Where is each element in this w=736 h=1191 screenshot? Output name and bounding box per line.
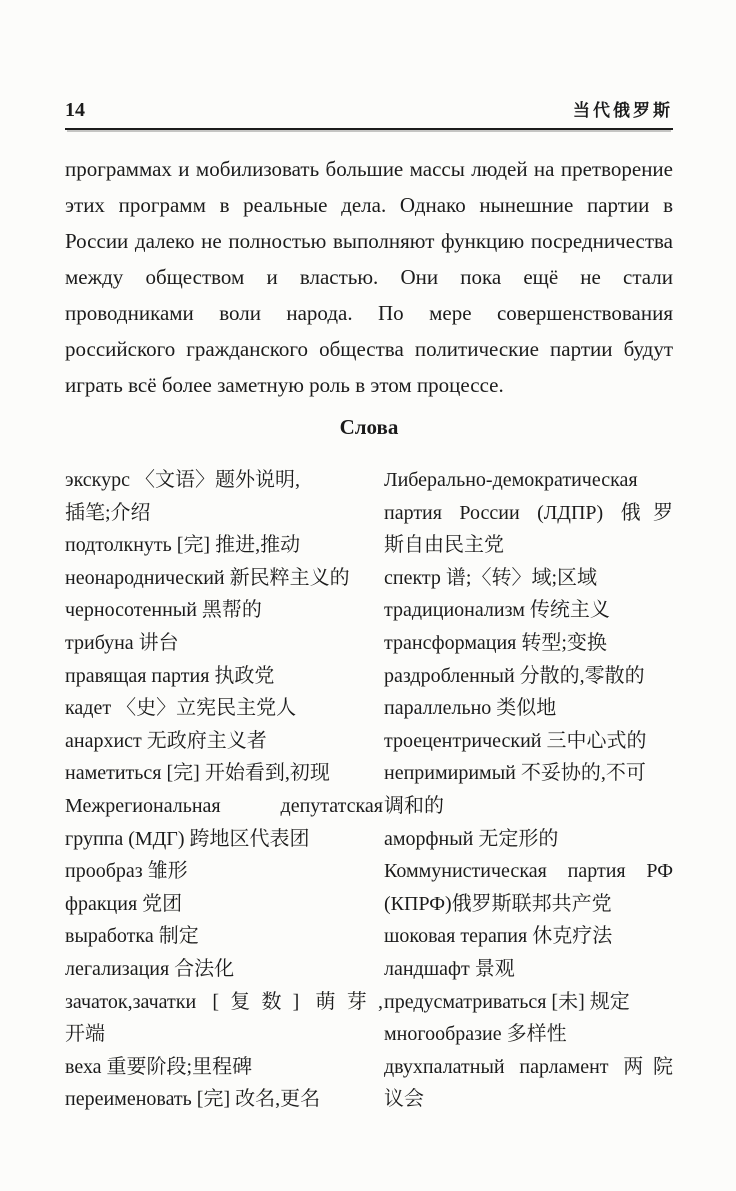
vocab-line: фракция 党团 (65, 888, 383, 921)
vocab-line: экскурс 〈文语〉题外说明, (65, 464, 383, 497)
vocab-line: многообразие 多样性 (384, 1018, 673, 1051)
section-heading: Слова (65, 415, 673, 439)
body-paragraph: программах и мобилизовать большие массы … (65, 151, 673, 403)
vocab-line: зачаток,зачатки [复数] 萌芽, (65, 986, 383, 1019)
vocab-line: ландшафт 景观 (384, 953, 673, 986)
paragraph-line: играть всё более заметную роль в этом пр… (65, 367, 673, 403)
vocab-line: спектр 谱;〈转〉域;区域 (384, 562, 673, 595)
vocab-line: прообраз 雏形 (65, 855, 383, 888)
paragraph-line: этих программ в реальные дела. Однако ны… (65, 187, 673, 223)
vocab-line: неонароднический 新民粹主义的 (65, 562, 383, 595)
vocab-line: (КПРФ)俄罗斯联邦共产党 (384, 888, 673, 921)
vocab-line: 插笔;介绍 (65, 497, 383, 530)
book-page: 14 当代俄罗斯 программах и мобилизовать больш… (0, 0, 736, 1191)
page-number: 14 (65, 100, 85, 120)
vocab-line: черносотенный 黑帮的 (65, 594, 383, 627)
vocab-line: 斯自由民主党 (384, 529, 673, 562)
vocab-column-right: Либерально-демократическая партия России… (384, 464, 673, 1116)
vocab-line: непримиримый 不妥协的,不可 (384, 757, 673, 790)
vocab-line: Либерально-демократическая (384, 464, 673, 497)
vocab-line: шоковая терапия 休克疗法 (384, 920, 673, 953)
vocab-line: правящая партия 执政党 (65, 660, 383, 693)
paragraph-line: программах и мобилизовать большие массы … (65, 151, 673, 187)
vocab-column-left: экскурс 〈文语〉题外说明, 插笔;介绍 подтолкнуть [完] … (65, 464, 383, 1116)
vocab-line: Коммунистическая партия РФ (384, 855, 673, 888)
vocab-line: 开端 (65, 1018, 383, 1051)
paragraph-line: российского гражданского общества полити… (65, 331, 673, 367)
vocab-line: трансформация 转型;变换 (384, 627, 673, 660)
paragraph-line: России далеко не полностью выполняют фун… (65, 223, 673, 259)
vocab-line: подтолкнуть [完] 推进,推动 (65, 529, 383, 562)
vocab-line: троецентрический 三中心式的 (384, 725, 673, 758)
vocab-line: Межрегиональная депутатская (65, 790, 383, 823)
vocab-line: выработка 制定 (65, 920, 383, 953)
vocab-line: наметиться [完] 开始看到,初现 (65, 757, 383, 790)
vocab-line: партия России (ЛДПР) 俄罗 (384, 497, 673, 530)
vocab-line: веха 重要阶段;里程碑 (65, 1051, 383, 1084)
paragraph-line: проводниками воли народа. По мере соверш… (65, 295, 673, 331)
paragraph-line: между обществом и властью. Они пока ещё … (65, 259, 673, 295)
vocab-line: группа (МДГ) 跨地区代表团 (65, 823, 383, 856)
vocab-line: анархист 无政府主义者 (65, 725, 383, 758)
vocab-line: кадет 〈史〉立宪民主党人 (65, 692, 383, 725)
vocab-line: двухпалатный парламент 两院 (384, 1051, 673, 1084)
vocab-line: 议会 (384, 1083, 673, 1116)
vocab-line: трибуна 讲台 (65, 627, 383, 660)
vocab-line: раздробленный 分散的,零散的 (384, 660, 673, 693)
running-title: 当代俄罗斯 (573, 103, 673, 120)
vocab-line: предусматриваться [未] 规定 (384, 986, 673, 1019)
page-header: 14 当代俄罗斯 (65, 100, 673, 130)
vocab-line: традиционализм 传统主义 (384, 594, 673, 627)
vocab-line: легализация 合法化 (65, 953, 383, 986)
vocab-line: аморфный 无定形的 (384, 823, 673, 856)
vocab-line: 调和的 (384, 790, 673, 823)
vocabulary-list: экскурс 〈文语〉题外说明, 插笔;介绍 подтолкнуть [完] … (65, 464, 673, 1116)
vocab-line: параллельно 类似地 (384, 692, 673, 725)
vocab-line: переименовать [完] 改名,更名 (65, 1083, 383, 1116)
